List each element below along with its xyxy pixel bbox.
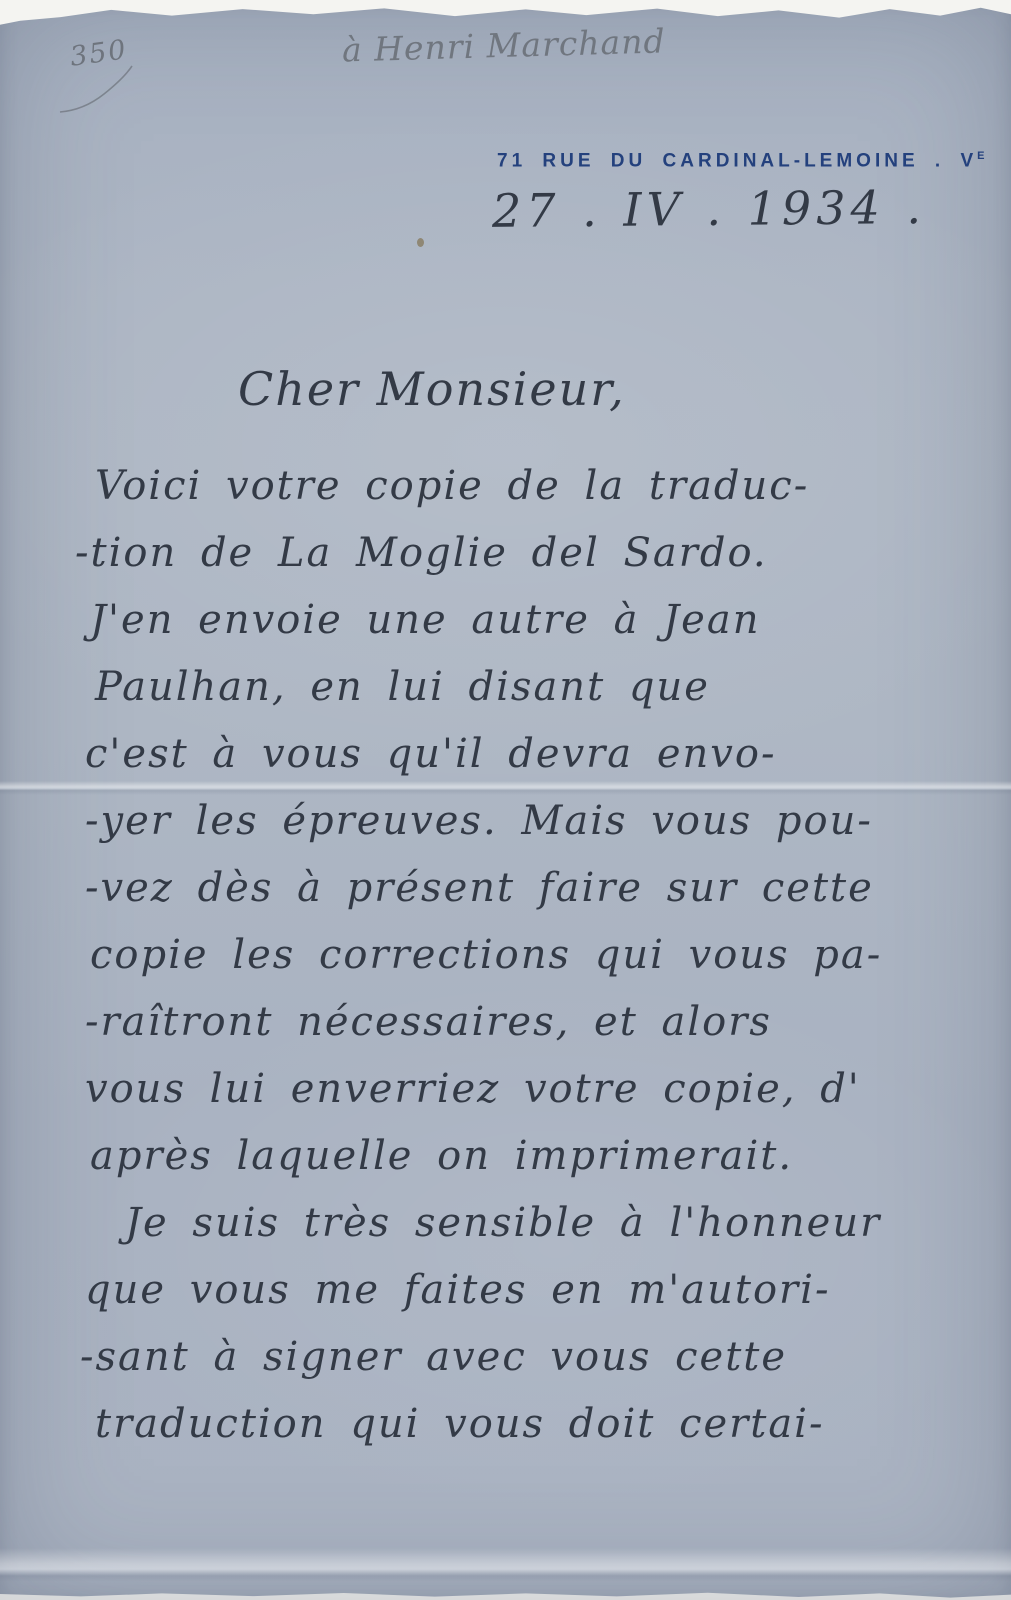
letter-line: -vez dès à présent faire sur cette xyxy=(85,858,960,925)
letter-line: Je suis très sensible à l'honneur xyxy=(125,1193,960,1260)
letterhead-street: 71 RUE DU CARDINAL-LEMOINE xyxy=(497,150,919,171)
letter-line: -yer les épreuves. Mais vous pou- xyxy=(85,791,960,858)
letterhead-address: 71 RUE DU CARDINAL-LEMOINE . VE xyxy=(497,150,986,172)
letter-line: J'en envoie une autre à Jean xyxy=(90,590,960,657)
date-line: 27 . IV . 1934 . xyxy=(492,180,926,238)
letter-line: c'est à vous qu'il devra envo- xyxy=(85,724,960,791)
paper-speck xyxy=(417,238,424,247)
salutation: Cher Monsieur, xyxy=(238,362,626,416)
letter-scan: 350 à Henri Marchand 71 RUE DU CARDINAL-… xyxy=(0,0,1011,1600)
letterhead-district-sup: E xyxy=(977,150,985,162)
letter-line: que vous me faites en m'autori- xyxy=(85,1260,960,1327)
letter-line: Paulhan, en lui disant que xyxy=(95,657,960,724)
letter-line: -sant à signer avec vous cette xyxy=(80,1327,960,1394)
letter-line: -tion de La Moglie del Sardo. xyxy=(75,523,960,590)
letter-line: Voici votre copie de la traduc- xyxy=(95,456,960,523)
letter-line: copie les corrections qui vous pa- xyxy=(90,925,960,992)
letterhead-district: V xyxy=(960,150,977,171)
letter-body: Voici votre copie de la traduc- -tion de… xyxy=(80,456,960,1461)
letter-line: après laquelle on imprimerait. xyxy=(90,1126,960,1193)
letterhead-separator: . xyxy=(935,150,944,171)
letter-line: -raîtront nécessaires, et alors xyxy=(85,992,960,1059)
letter-line: traduction qui vous doit certai- xyxy=(95,1394,960,1461)
letter-line: vous lui enverriez votre copie, d' xyxy=(85,1059,960,1126)
pencil-flourish xyxy=(56,58,136,118)
